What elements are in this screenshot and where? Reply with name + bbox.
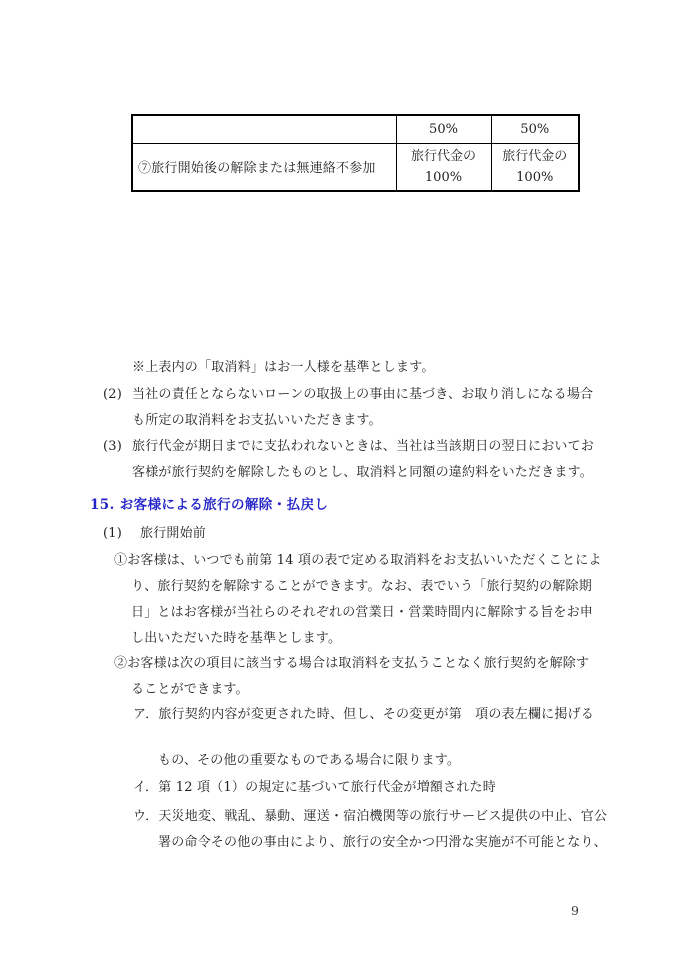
- list-marker: (3): [103, 438, 122, 455]
- page-number: 9: [571, 902, 579, 919]
- table-cell-fee: 旅行代金の 100%: [491, 143, 579, 191]
- body-line: も所定の取消料をお支払いいただきます。: [132, 412, 382, 429]
- body-line: 当社の責任とならないローンの取扱上の事由に基づき、お取り消しになる場合: [132, 386, 593, 403]
- body-line: 旅行開始前: [140, 525, 206, 542]
- document-page: 50% 50% ⑦旅行開始後の解除または無連絡不参加 旅行代金の 100% 旅行…: [0, 0, 680, 962]
- body-line: ①お客様は、いつでも前第 14 項の表で定める取消料をお支払いいただくことによ: [114, 552, 602, 569]
- body-line: ア．旅行契約内容が変更された時、但し、その変更が第 項の表左欄に掲げる: [133, 706, 594, 723]
- body-line: イ．第 12 項（1）の規定に基づいて旅行代金が増額された時: [133, 779, 496, 796]
- table-cell-empty: [132, 115, 396, 143]
- body-line: 署の命令その他の事由により、旅行の安全かつ円滑な実施が不可能となり、: [158, 834, 607, 851]
- table-cell-fee: 50%: [491, 115, 579, 143]
- table-cell-fee: 50%: [396, 115, 491, 143]
- body-line: もの、その他の重要なものである場合に限ります。: [158, 752, 460, 769]
- body-line: り、旅行契約を解除することができます。なお、表でいう「旅行契約の解除期: [131, 578, 592, 595]
- body-line: ②お客様は次の項目に該当する場合は取消料を支払うことなく旅行契約を解除す: [114, 655, 589, 672]
- table-cell-fee: 旅行代金の 100%: [396, 143, 491, 191]
- cancellation-fee-table: 50% 50% ⑦旅行開始後の解除または無連絡不参加 旅行代金の 100% 旅行…: [131, 114, 580, 192]
- body-line: 日」とはお客様が当社らのそれぞれの営業日・営業時間内に解除する旨をお申: [131, 604, 593, 621]
- body-line: 客様が旅行契約を解除したものとし、取消料と同額の違約料をいただきます。: [132, 464, 593, 481]
- body-line: ることができます。: [131, 681, 249, 698]
- table-cell-condition: ⑦旅行開始後の解除または無連絡不参加: [132, 143, 396, 191]
- body-line: 旅行代金が期日までに支払われないときは、当社は当該期日の翌日においてお: [132, 438, 594, 455]
- body-line: ウ．天災地変、戦乱、暴動、運送・宿泊機関等の旅行サービス提供の中止、官公: [133, 808, 607, 825]
- section-heading: 15. お客様による旅行の解除・払戻し: [90, 497, 328, 514]
- list-marker: (1): [103, 525, 122, 542]
- note-asterisk: ※上表内の「取消料」はお一人様を基準とします。: [132, 359, 435, 376]
- list-marker: (2): [103, 386, 122, 403]
- body-line: し出いただいた時を基準とします。: [131, 630, 341, 647]
